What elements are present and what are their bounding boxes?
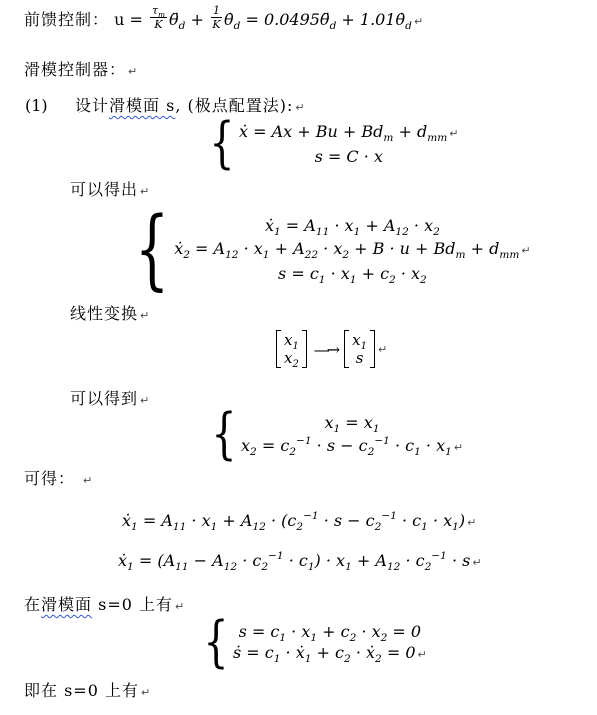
fraction-one-over-k: 1Κ [211, 4, 222, 31]
paragraph-mark: ↵ [140, 185, 149, 198]
left-brace: { [135, 206, 169, 293]
paragraph-mark: ↵ [140, 309, 149, 322]
word-document-page: 前馈控制： u = τmΚθ̈d + 1Κθ̇d = 0.0495θ̈d + 1… [0, 0, 597, 715]
list-number: (1) [25, 96, 75, 115]
fraction-numerator: 1 [211, 4, 222, 18]
deduce-1-label: 可以得出 [70, 180, 138, 199]
equation-row: x1 = x1 [324, 411, 379, 434]
equation-rows: ẋ = Ax + Bu + Bdm + dmm↵ s = C · x [239, 120, 458, 168]
spellcheck-squiggle-text: 滑模面 [41, 595, 92, 614]
fraction-denominator: Κ [150, 18, 167, 31]
paragraph-mark: ↵ [449, 127, 458, 140]
vector-right: x1s [344, 330, 375, 368]
paragraph-mark: ↵ [454, 441, 463, 454]
equation-row: s = C · x [315, 145, 383, 168]
paragraph-deduce-1: 可以得出↵ [70, 177, 149, 200]
paragraph-mark: ↵ [141, 686, 150, 699]
equation-row: s = c1 · x1 + c2 · x2 = 0 [239, 621, 422, 642]
paragraph-mark: ↵ [472, 556, 481, 569]
fraction-tau-over-k: τmΚ [150, 4, 167, 31]
feedforward-label: 前馈控制： [24, 10, 109, 29]
equation-row: x2 = c2−1 · s − c2−1 · c1 · x1↵ [241, 434, 463, 459]
equation-expanded-system: { ẋ1 = A11 · x1 + A12 · x2 ẋ2 = A12 · x1… [133, 214, 531, 285]
equation-rows: s = c1 · x1 + c2 · x2 = 0 ṡ = c1 · ẋ1 + … [233, 621, 427, 665]
paragraph-item-1: (1)设计滑模面 s, (极点配置法):↵ [25, 93, 305, 116]
design-pre-text: 设计 [75, 96, 109, 115]
equation-row: ẋ2 = A12 · x1 + A22 · x2 + B · u + Bdm +… [174, 237, 530, 262]
right-bracket [302, 330, 307, 368]
linear-transform-label: 线性变换 [70, 304, 138, 323]
vector-entry: x1 [284, 331, 299, 349]
paragraph-mark: ↵ [175, 600, 184, 613]
fraction-numerator: τm [150, 4, 167, 18]
on-surface-post: s=0 上有 [92, 595, 173, 614]
paragraph-mark: ↵ [83, 474, 92, 487]
paragraph-mark: ↵ [378, 343, 387, 356]
equation-state-space: { ẋ = Ax + Bu + Bdm + dmm↵ s = C · x [208, 120, 458, 168]
equation-row: ẋ1 = A11 · x1 + A12 · x2 [265, 214, 440, 237]
vector-entry: x2 [284, 349, 299, 367]
paragraph-thus: 可得：↵ [24, 466, 92, 489]
paragraph-mark: ↵ [414, 15, 423, 28]
equation-row: ṡ = c1 · ẋ1 + c2 · ẋ2 = 0↵ [233, 642, 427, 665]
namely-label: 即在 s=0 上有 [24, 681, 139, 700]
paragraph-mark: ↵ [128, 65, 137, 78]
paragraph-mark: ↵ [521, 244, 530, 257]
paragraph-mark: ↵ [418, 648, 427, 661]
equation-vector-transform: x1x2 —→ x1s ↵ [276, 330, 387, 368]
equation-row: s = c1 · x1 + c2 · x2 [278, 262, 427, 285]
paragraph-mark: ↵ [295, 101, 304, 114]
paragraph-linear-transform: 线性变换↵ [70, 301, 149, 324]
equation-row: ẋ = Ax + Bu + Bdm + dmm↵ [239, 120, 458, 145]
vector-left: x1x2 [276, 330, 307, 368]
equation-rows: ẋ1 = A11 · x1 + A12 · x2 ẋ2 = A12 · x1 +… [174, 214, 530, 285]
paragraph-smc-title: 滑模控制器：↵ [24, 57, 137, 80]
feedforward-term-2: θ̇d = 0.0495θ̈d + 1.01θ̇d [224, 10, 412, 29]
equation-x1dot-substituted: ẋ1 = A11 · x1 + A12 · (c2−1 · s − c2−1 ·… [122, 511, 476, 530]
equation-transform-system: { x1 = x1 x2 = c2−1 · s − c2−1 · c1 · x1… [210, 411, 463, 459]
spellcheck-squiggle-text: 滑模面 s [109, 96, 175, 115]
left-brace: { [203, 616, 228, 671]
fraction-denominator: Κ [211, 18, 222, 31]
paragraph-on-surface: 在滑模面 s=0 上有↵ [24, 592, 184, 615]
right-bracket [370, 330, 375, 368]
paragraph-feedforward: 前馈控制： u = τmΚθ̈d + 1Κθ̇d = 0.0495θ̈d + 1… [24, 7, 423, 34]
equation-rows: x1 = x1 x2 = c2−1 · s − c2−1 · c1 · x1↵ [241, 411, 463, 459]
left-brace: { [211, 408, 236, 463]
left-brace: { [209, 117, 234, 172]
paragraph-mark: ↵ [467, 516, 476, 529]
maps-to-arrow: —→ [314, 340, 337, 359]
equation-x1dot-reduced: ẋ1 = (A11 − A12 · c2−1 · c1) · x1 + A12 … [118, 551, 482, 570]
paragraph-mark: ↵ [140, 394, 149, 407]
deduce-2-label: 可以得到 [70, 389, 138, 408]
smc-title-label: 滑模控制器： [24, 60, 126, 79]
thus-label: 可得： [24, 469, 75, 488]
vector-entry: s [356, 349, 364, 367]
feedforward-u-equals: u = [114, 10, 148, 29]
on-surface-pre: 在 [24, 595, 41, 614]
feedforward-term-1: θ̈d + [169, 10, 209, 29]
equation-surface-conditions: { s = c1 · x1 + c2 · x2 = 0 ṡ = c1 · ẋ1 … [202, 621, 427, 665]
vector-entry: x1 [352, 331, 367, 349]
paragraph-namely: 即在 s=0 上有↵ [24, 678, 150, 701]
paragraph-deduce-2: 可以得到↵ [70, 386, 149, 409]
